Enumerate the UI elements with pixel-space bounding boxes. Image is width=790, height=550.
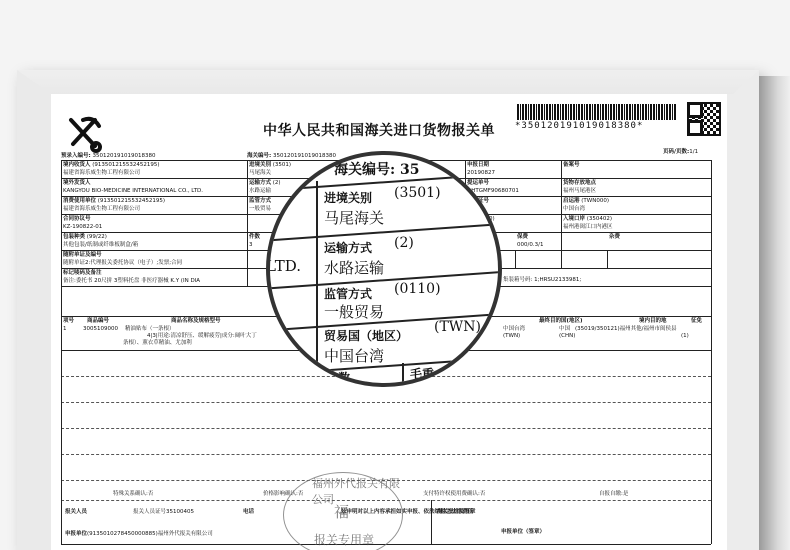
consignee-field: 境内收货人 (91350121553245219​5)福建省海乐威生物工程有限公… bbox=[63, 161, 160, 177]
departure-port-field: 启运港 (TWN000)中国台湾 bbox=[563, 197, 609, 213]
col-exemption: 征免 bbox=[691, 317, 702, 325]
col-domestic-dest: 境内目的地 bbox=[639, 317, 667, 325]
barcode-number: *350120191019018380* bbox=[515, 121, 643, 131]
self-report: 自报自缴:是 bbox=[599, 490, 628, 498]
special-relation: 特殊关系确认:否 bbox=[113, 490, 153, 498]
consumer-field: 消费使用单位 (91350121553245219​5)福建省海乐威生物工程有限… bbox=[63, 197, 165, 213]
contract-field: 合同协议号KZ-190822-01 bbox=[63, 215, 102, 231]
company-seal: 福州外代报关有限公司 福 报关专用章 bbox=[283, 472, 403, 550]
declarant-label: 报关人员 bbox=[65, 508, 87, 516]
package-field: 包装种类 (99/22)其他包装/纸制或纤维板制盒/箱 bbox=[63, 233, 138, 249]
barcode bbox=[517, 104, 677, 120]
container-number: 集装箱号码: 1;HRSU2133981; bbox=[503, 276, 581, 284]
qr-code bbox=[687, 102, 721, 136]
col-hs-code: 商品编号 bbox=[87, 317, 109, 325]
record-no-field: 备案号 bbox=[563, 161, 580, 169]
pieces-field: 件数3 bbox=[249, 233, 260, 249]
marks-field: 标记唛码及备注备注:委托书 20尺拼 3塑料托盘 非医疗器械 K.Y (IN D… bbox=[63, 269, 200, 285]
stage: 中华人民共和国海关进口货物报关单 *350120191019018380* 预录… bbox=[0, 0, 790, 550]
customs-declaration-form: 中华人民共和国海关进口货物报关单 *350120191019018380* 预录… bbox=[51, 94, 727, 550]
declarant-cert: 报关人员证号35100405 bbox=[133, 508, 194, 516]
frame-top-bevel bbox=[17, 70, 759, 94]
customs-emblem-icon bbox=[65, 114, 105, 154]
col-index: 项号 bbox=[63, 317, 74, 325]
entry-port-field: 入境口岸 (350402)福州港闽江口内港区 bbox=[563, 215, 613, 231]
form-title: 中华人民共和国海关进口货物报关单 bbox=[263, 120, 495, 140]
col-goods-name: 商品名称及规格型号 bbox=[171, 317, 221, 325]
insurance-field: 保费000/0.3/1 bbox=[517, 233, 543, 249]
declare-unit: 申报单位(91350102784500008​85)福州外代报关有限公司 bbox=[65, 530, 213, 538]
royalty-confirm: 支付特许权使用费确认:否 bbox=[423, 490, 485, 498]
frame-shadow bbox=[759, 76, 790, 550]
storage-field: 货物存放地点福州马尾港区 bbox=[563, 179, 596, 195]
customs-approval: 海关批注及签章 bbox=[437, 508, 476, 516]
pre-entry-number: 预录入编号: 350120191019018380 bbox=[61, 152, 155, 160]
supervision-field: 监管方式一般贸易 bbox=[249, 197, 271, 213]
page-indicator: 页码/页数:1/1 bbox=[663, 148, 698, 156]
col-final-destination: 最终目的国(地区) bbox=[539, 317, 583, 325]
frame-left-bevel bbox=[17, 70, 51, 550]
declare-unit-seal: 申报单位（签章） bbox=[501, 528, 545, 536]
misc-fee-field: 杂费 bbox=[609, 233, 620, 241]
magnifier-lens: 海关编号: 35 进境关别 (3501) 马尾海关 运输方式 (2) 水路运输 … bbox=[266, 151, 502, 387]
phone-label: 电话 bbox=[243, 508, 254, 516]
shipper-field: 境外发货人KANGYOU BIO-MEDICINE INTERNATIONAL … bbox=[63, 179, 203, 195]
attached-docs-field: 随附单证及编号随附单证2:代理报关委托协议（电子）;发票;合同 bbox=[63, 251, 182, 267]
